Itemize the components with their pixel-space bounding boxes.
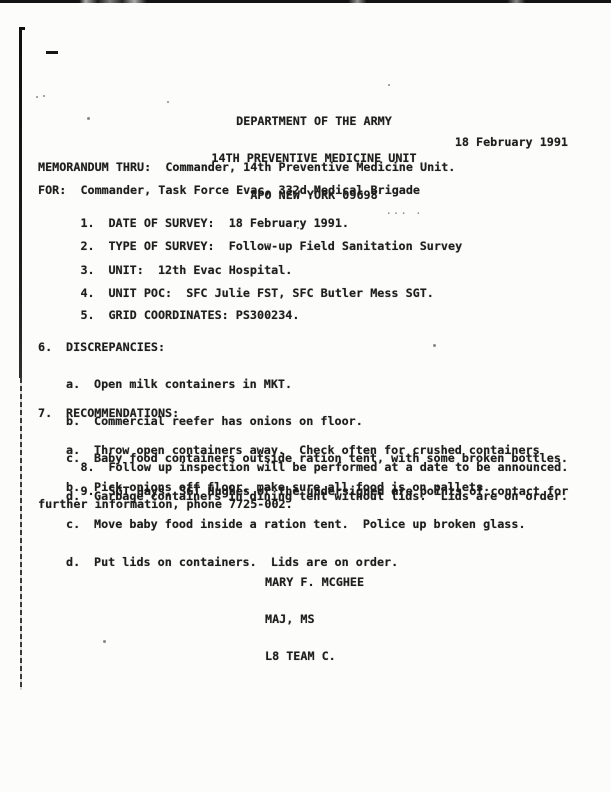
item-number: 2. [80, 240, 108, 252]
scan-speck [388, 84, 390, 86]
memorandum-thru-line: MEMORANDUM THRU: Commander, 14th Prevent… [38, 161, 590, 173]
date-line: 18 February 1991 [38, 136, 568, 148]
signature-name: MARY F. MCGHEE [265, 576, 364, 588]
item-heading: 6.DISCREPANCIES: [38, 341, 590, 353]
scan-artifact-dash [46, 51, 58, 54]
memo-item-9: 9.SGT Hays, SGT Hughes or the undersigne… [38, 473, 590, 523]
item-text: RECOMMENDATIONS: [66, 406, 179, 420]
scan-artifact-left-line [19, 28, 22, 378]
signature-org: L8 TEAM C. [265, 650, 364, 662]
signature-rank: MAJ, MS [265, 613, 364, 625]
item-heading: 7.RECOMMENDATIONS: [38, 407, 590, 419]
item-number: 6. [38, 341, 66, 353]
item-number: 8. [80, 461, 108, 473]
sub-item-letter: d. [66, 556, 94, 568]
scan-artifact-top-edge [0, 0, 611, 3]
scan-speck [103, 640, 106, 643]
letterhead-org: DEPARTMENT OF THE ARMY [38, 115, 590, 127]
item-text: DISCREPANCIES: [66, 340, 165, 354]
item-number: 7. [38, 407, 66, 419]
memorandum-for-line: FOR: Commander, Task Force Evac, 332d Me… [38, 184, 590, 196]
scanned-memo-page: DEPARTMENT OF THE ARMY 14TH PREVENTIVE M… [0, 0, 611, 792]
scan-artifact-left-line-faded [20, 378, 22, 690]
item-text: SGT Hays, SGT Hughes or the undersigned … [38, 484, 575, 510]
signature-block: MARY F. MCGHEE MAJ, MS L8 TEAM C. [265, 551, 364, 687]
